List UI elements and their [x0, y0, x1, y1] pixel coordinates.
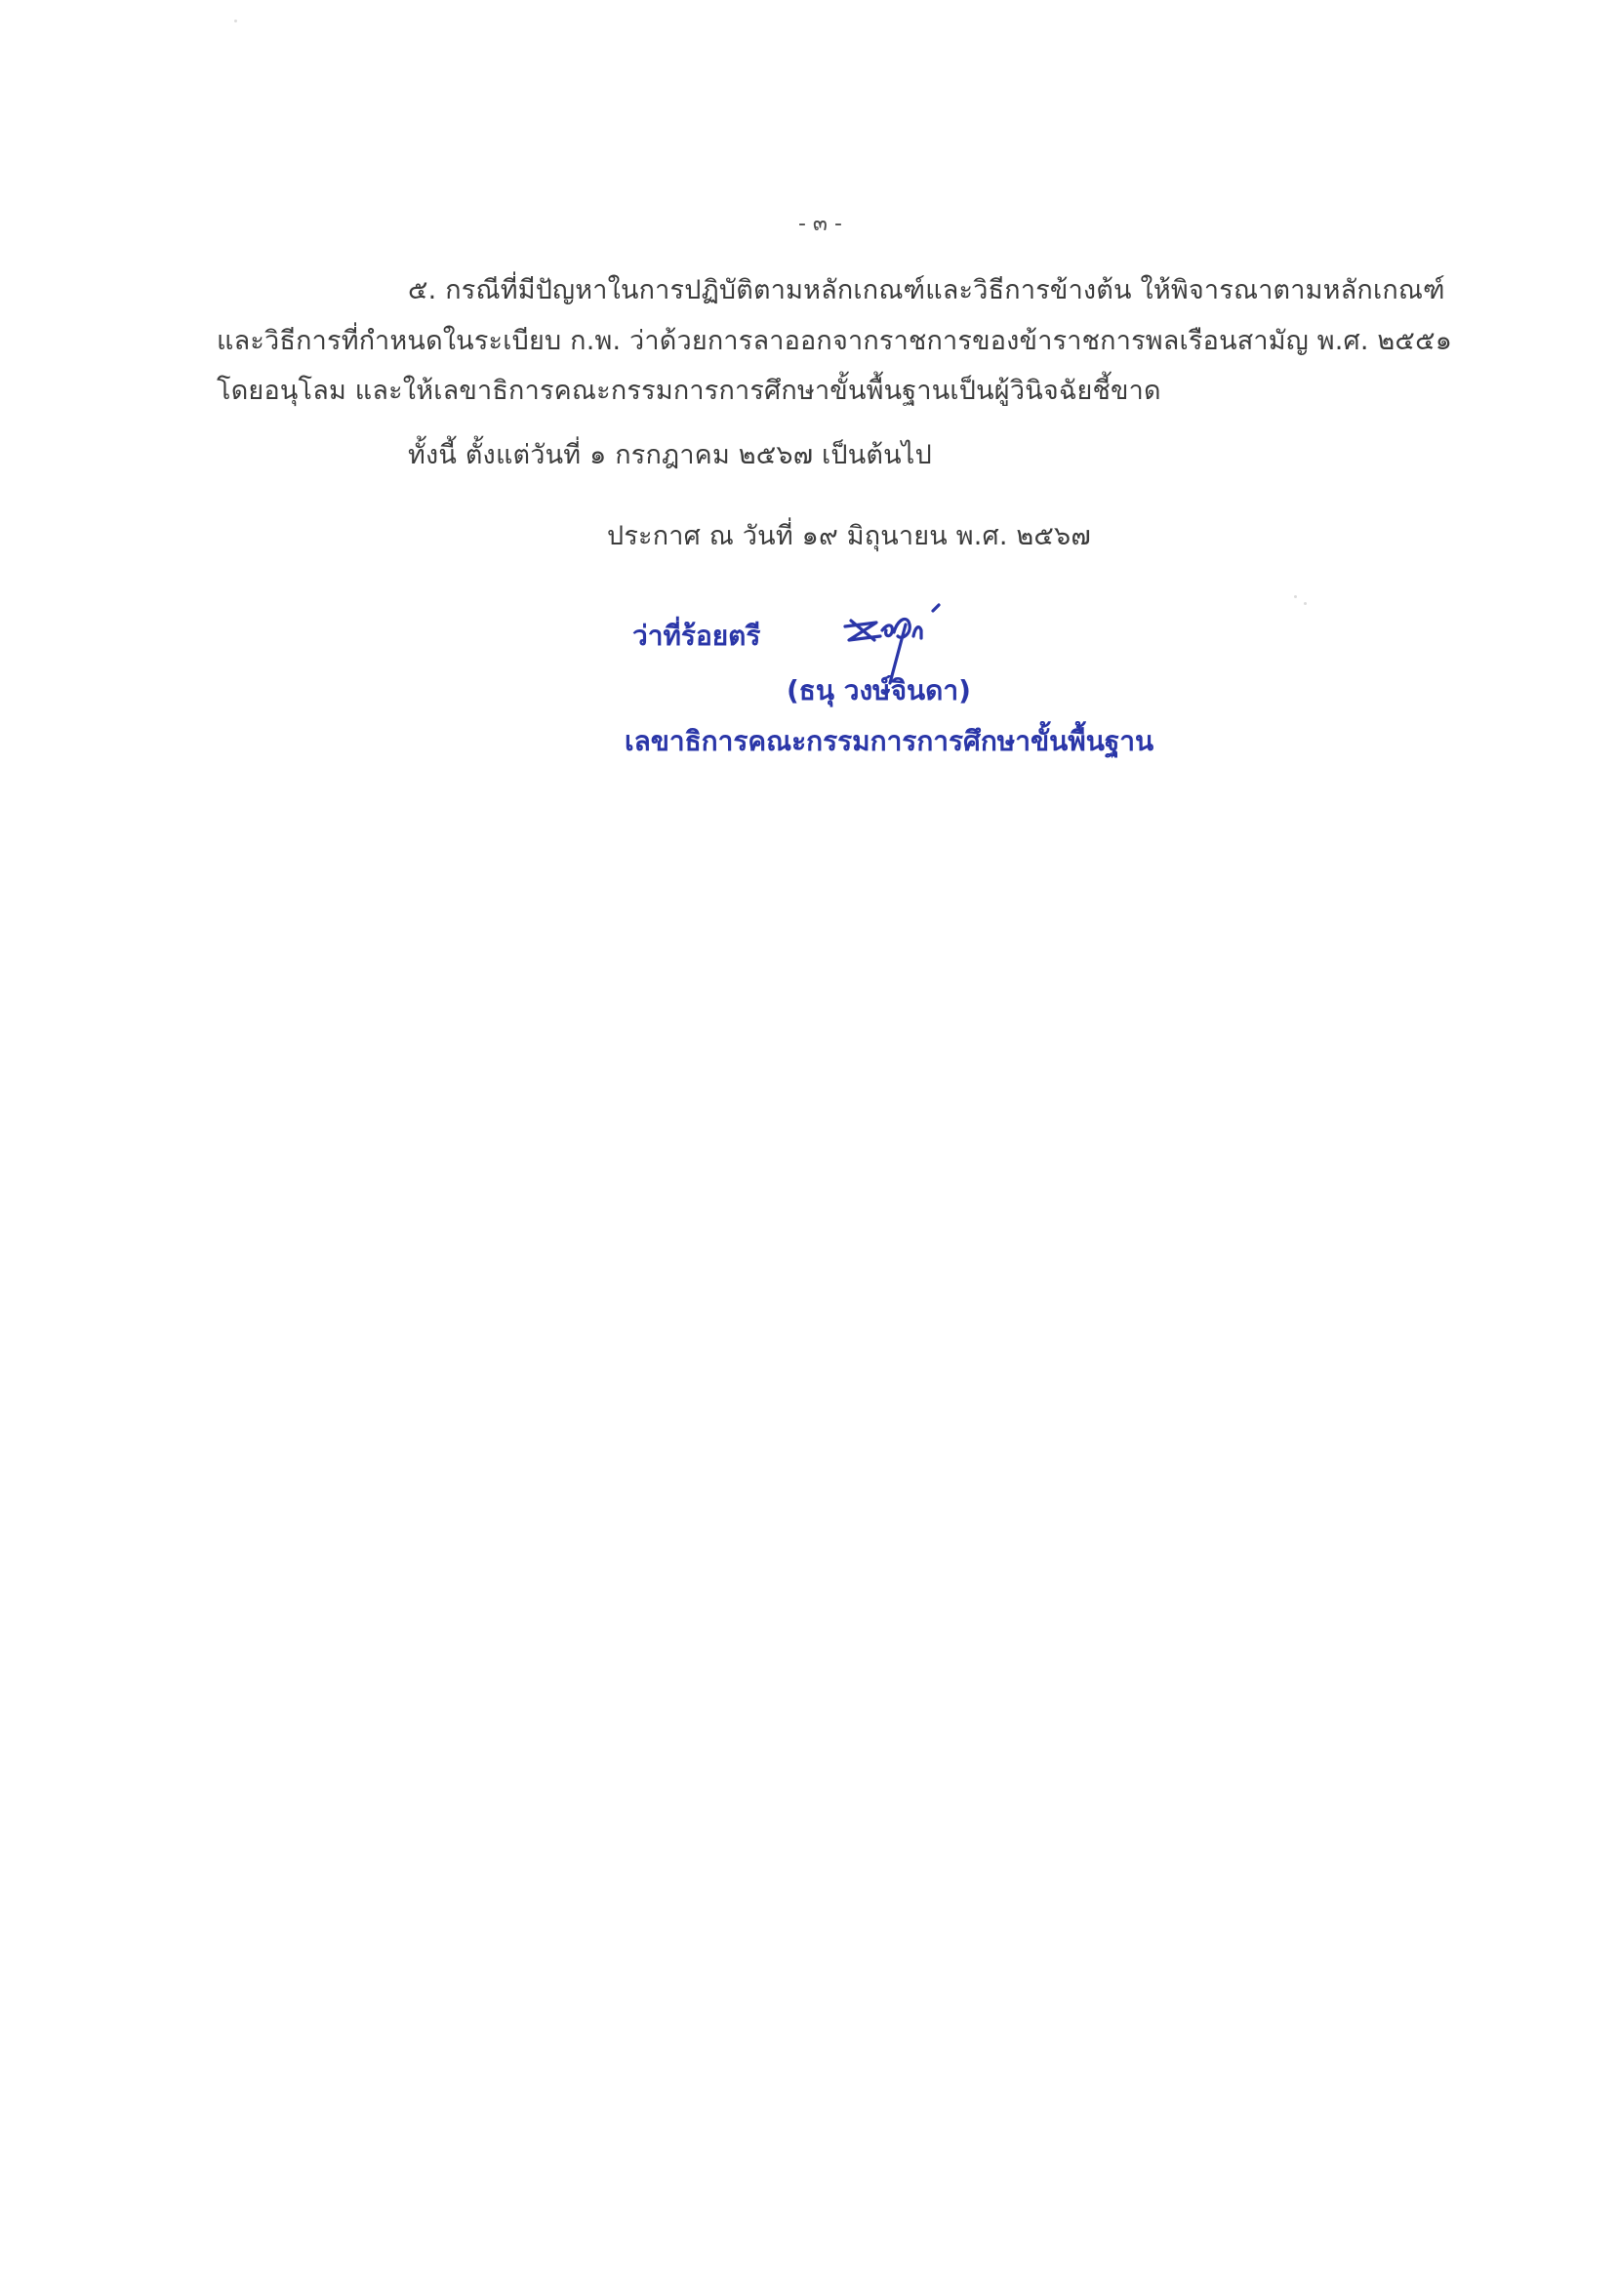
scan-speck: [1294, 595, 1297, 598]
signer-position: เลขาธิการคณะกรรมการการศึกษาขั้นพื้นฐาน: [625, 722, 1153, 761]
signer-rank: ว่าที่ร้อยตรี: [632, 617, 760, 656]
scan-speck: [234, 20, 237, 22]
paragraph-5-line-2: และวิธีการที่กำหนดในระเบียบ ก.พ. ว่าด้วย…: [217, 322, 1452, 361]
signer-name: (ธนุ วงษ์จินดา): [787, 671, 971, 710]
document-page: - ๓ - ๕. กรณีที่มีปัญหาในการปฏิบัติตามหล…: [0, 0, 1618, 2296]
handwritten-signature-icon: [837, 597, 974, 685]
announcement-date: ประกาศ ณ วันที่ ๑๙ มิถุนายน พ.ศ. ๒๕๖๗: [607, 517, 1091, 556]
effective-date: ทั้งนี้ ตั้งแต่วันที่ ๑ กรกฎาคม ๒๕๖๗ เป็…: [408, 436, 932, 475]
page-number: - ๓ -: [798, 210, 842, 239]
scan-speck: [1304, 602, 1307, 605]
paragraph-5-line-3: โดยอนุโลม และให้เลขาธิการคณะกรรมการการศึ…: [217, 372, 1161, 411]
paragraph-5-line-1: ๕. กรณีที่มีปัญหาในการปฏิบัติตามหลักเกณฑ…: [408, 271, 1445, 310]
